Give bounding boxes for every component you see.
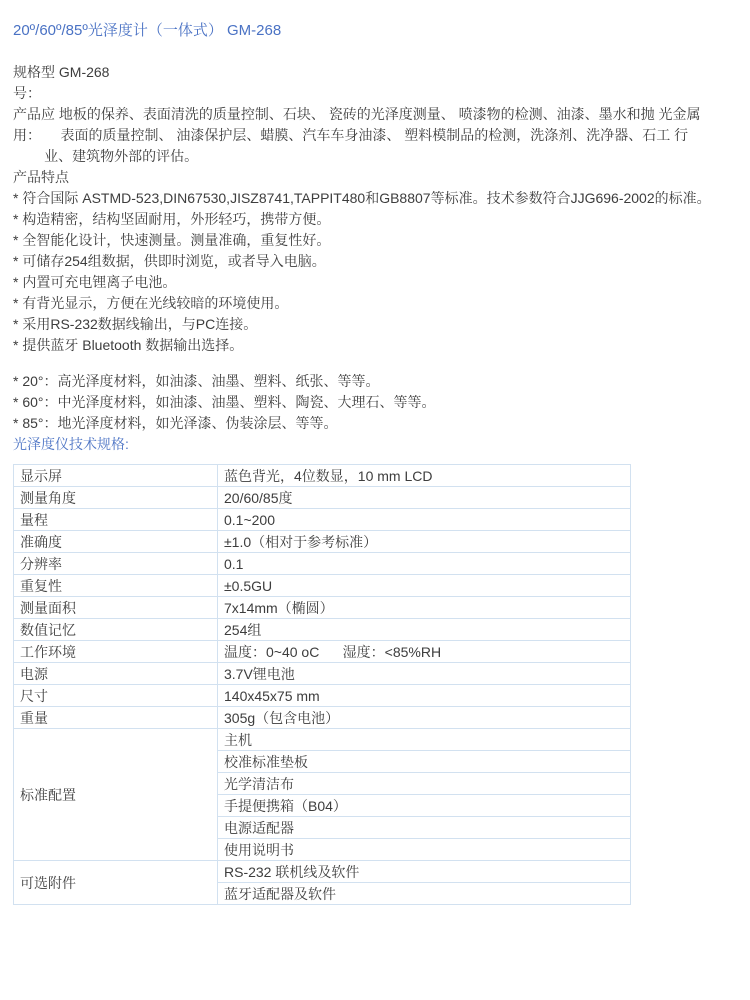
spec-value: 140x45x75 mm <box>218 685 631 707</box>
feature-item: * 可储存254组数据，供即时浏览，或者导入电脑。 <box>13 251 737 272</box>
spec-value: 手提便携箱（B04） <box>218 795 631 817</box>
spec-table: 显示屏 蓝色背光，4位数显，10 mm LCD 测量角度 20/60/85度 量… <box>13 464 631 905</box>
table-row: 测量角度 20/60/85度 <box>14 487 631 509</box>
tech-spec-link[interactable]: 光泽度仪技术规格: <box>13 434 737 455</box>
spec-label: 重复性 <box>14 575 218 597</box>
spec-label: 测量面积 <box>14 597 218 619</box>
angle-item: * 85°：地光泽度材料，如光泽漆、伪装涂层、等等。 <box>13 413 737 434</box>
table-row: 测量面积 7x14mm（椭圆） <box>14 597 631 619</box>
spec-value: ±0.5GU <box>218 575 631 597</box>
spec-label: 工作环境 <box>14 641 218 663</box>
spec-label-optional-accessories: 可选附件 <box>14 861 218 905</box>
spec-value: 主机 <box>218 729 631 751</box>
table-row: 分辨率 0.1 <box>14 553 631 575</box>
spec-value: RS-232 联机线及软件 <box>218 861 631 883</box>
table-row: 尺寸 140x45x75 mm <box>14 685 631 707</box>
features-list: * 符合国际 ASTMD-523,DIN67530,JISZ8741,TAPPI… <box>13 188 737 356</box>
spec-label: 重量 <box>14 707 218 729</box>
spec-value: 蓝牙适配器及软件 <box>218 883 631 905</box>
feature-item: * 采用RS-232数据线输出，与PC连接。 <box>13 314 737 335</box>
features-heading: 产品特点 <box>13 167 737 188</box>
table-row: 工作环境 温度：0~40 oC 湿度：<85%RH <box>14 641 631 663</box>
table-row: 准确度 ±1.0（相对于参考标准） <box>14 531 631 553</box>
table-row: 标准配置 主机 <box>14 729 631 751</box>
spec-label: 显示屏 <box>14 465 218 487</box>
angle-item: * 20°：高光泽度材料，如油漆、油墨、塑料、纸张、等等。 <box>13 371 737 392</box>
table-row: 可选附件 RS-232 联机线及软件 <box>14 861 631 883</box>
table-row: 重复性 ±0.5GU <box>14 575 631 597</box>
spec-value: 蓝色背光，4位数显，10 mm LCD <box>218 465 631 487</box>
feature-item: * 内置可充电锂离子电池。 <box>13 272 737 293</box>
model-number-block: 规格型 GM-268 号： <box>13 62 737 104</box>
spec-label: 量程 <box>14 509 218 531</box>
angle-list: * 20°：高光泽度材料，如油漆、油墨、塑料、纸张、等等。 * 60°：中光泽度… <box>13 371 737 434</box>
spec-label-standard-config: 标准配置 <box>14 729 218 861</box>
spec-value: 305g（包含电池） <box>218 707 631 729</box>
spec-label: 准确度 <box>14 531 218 553</box>
feature-item: * 有背光显示，方便在光线较暗的环境使用。 <box>13 293 737 314</box>
spec-value: 20/60/85度 <box>218 487 631 509</box>
spec-value: 光学清洁布 <box>218 773 631 795</box>
spec-value: 校准标准垫板 <box>218 751 631 773</box>
feature-item: * 全智能化设计，快速测量。测量准确，重复性好。 <box>13 230 737 251</box>
spec-value: 0.1~200 <box>218 509 631 531</box>
feature-item: * 符合国际 ASTMD-523,DIN67530,JISZ8741,TAPPI… <box>13 188 737 209</box>
feature-item: * 提供蓝牙 Bluetooth 数据输出选择。 <box>13 335 737 356</box>
spec-label: 尺寸 <box>14 685 218 707</box>
table-row: 电源 3.7V锂电池 <box>14 663 631 685</box>
table-row: 量程 0.1~200 <box>14 509 631 531</box>
spec-value: 7x14mm（椭圆） <box>218 597 631 619</box>
feature-item: * 构造精密，结构坚固耐用，外形轻巧，携带方便。 <box>13 209 737 230</box>
spec-value: ±1.0（相对于参考标准） <box>218 531 631 553</box>
spec-label: 数值记忆 <box>14 619 218 641</box>
table-row: 显示屏 蓝色背光，4位数显，10 mm LCD <box>14 465 631 487</box>
spec-value: 254组 <box>218 619 631 641</box>
page-title[interactable]: 20º/60º/85º光泽度计（一体式） GM-268 <box>13 22 737 40</box>
spec-label: 分辨率 <box>14 553 218 575</box>
spec-value: 使用说明书 <box>218 839 631 861</box>
table-row: 数值记忆 254组 <box>14 619 631 641</box>
spec-value: 电源适配器 <box>218 817 631 839</box>
angle-item: * 60°：中光泽度材料，如油漆、油墨、塑料、陶瓷、大理石、等等。 <box>13 392 737 413</box>
table-row: 重量 305g（包含电池） <box>14 707 631 729</box>
page: 20º/60º/85º光泽度计（一体式） GM-268 规格型 GM-268 号… <box>0 0 750 1000</box>
spec-label: 测量角度 <box>14 487 218 509</box>
spec-value: 3.7V锂电池 <box>218 663 631 685</box>
spec-value: 0.1 <box>218 553 631 575</box>
spec-label: 电源 <box>14 663 218 685</box>
product-application-block: 产品应 地板的保养、表面清洗的质量控制、石块、 瓷砖的光泽度测量、 喷漆物的检测… <box>13 104 737 167</box>
spec-value: 温度：0~40 oC 湿度：<85%RH <box>218 641 631 663</box>
